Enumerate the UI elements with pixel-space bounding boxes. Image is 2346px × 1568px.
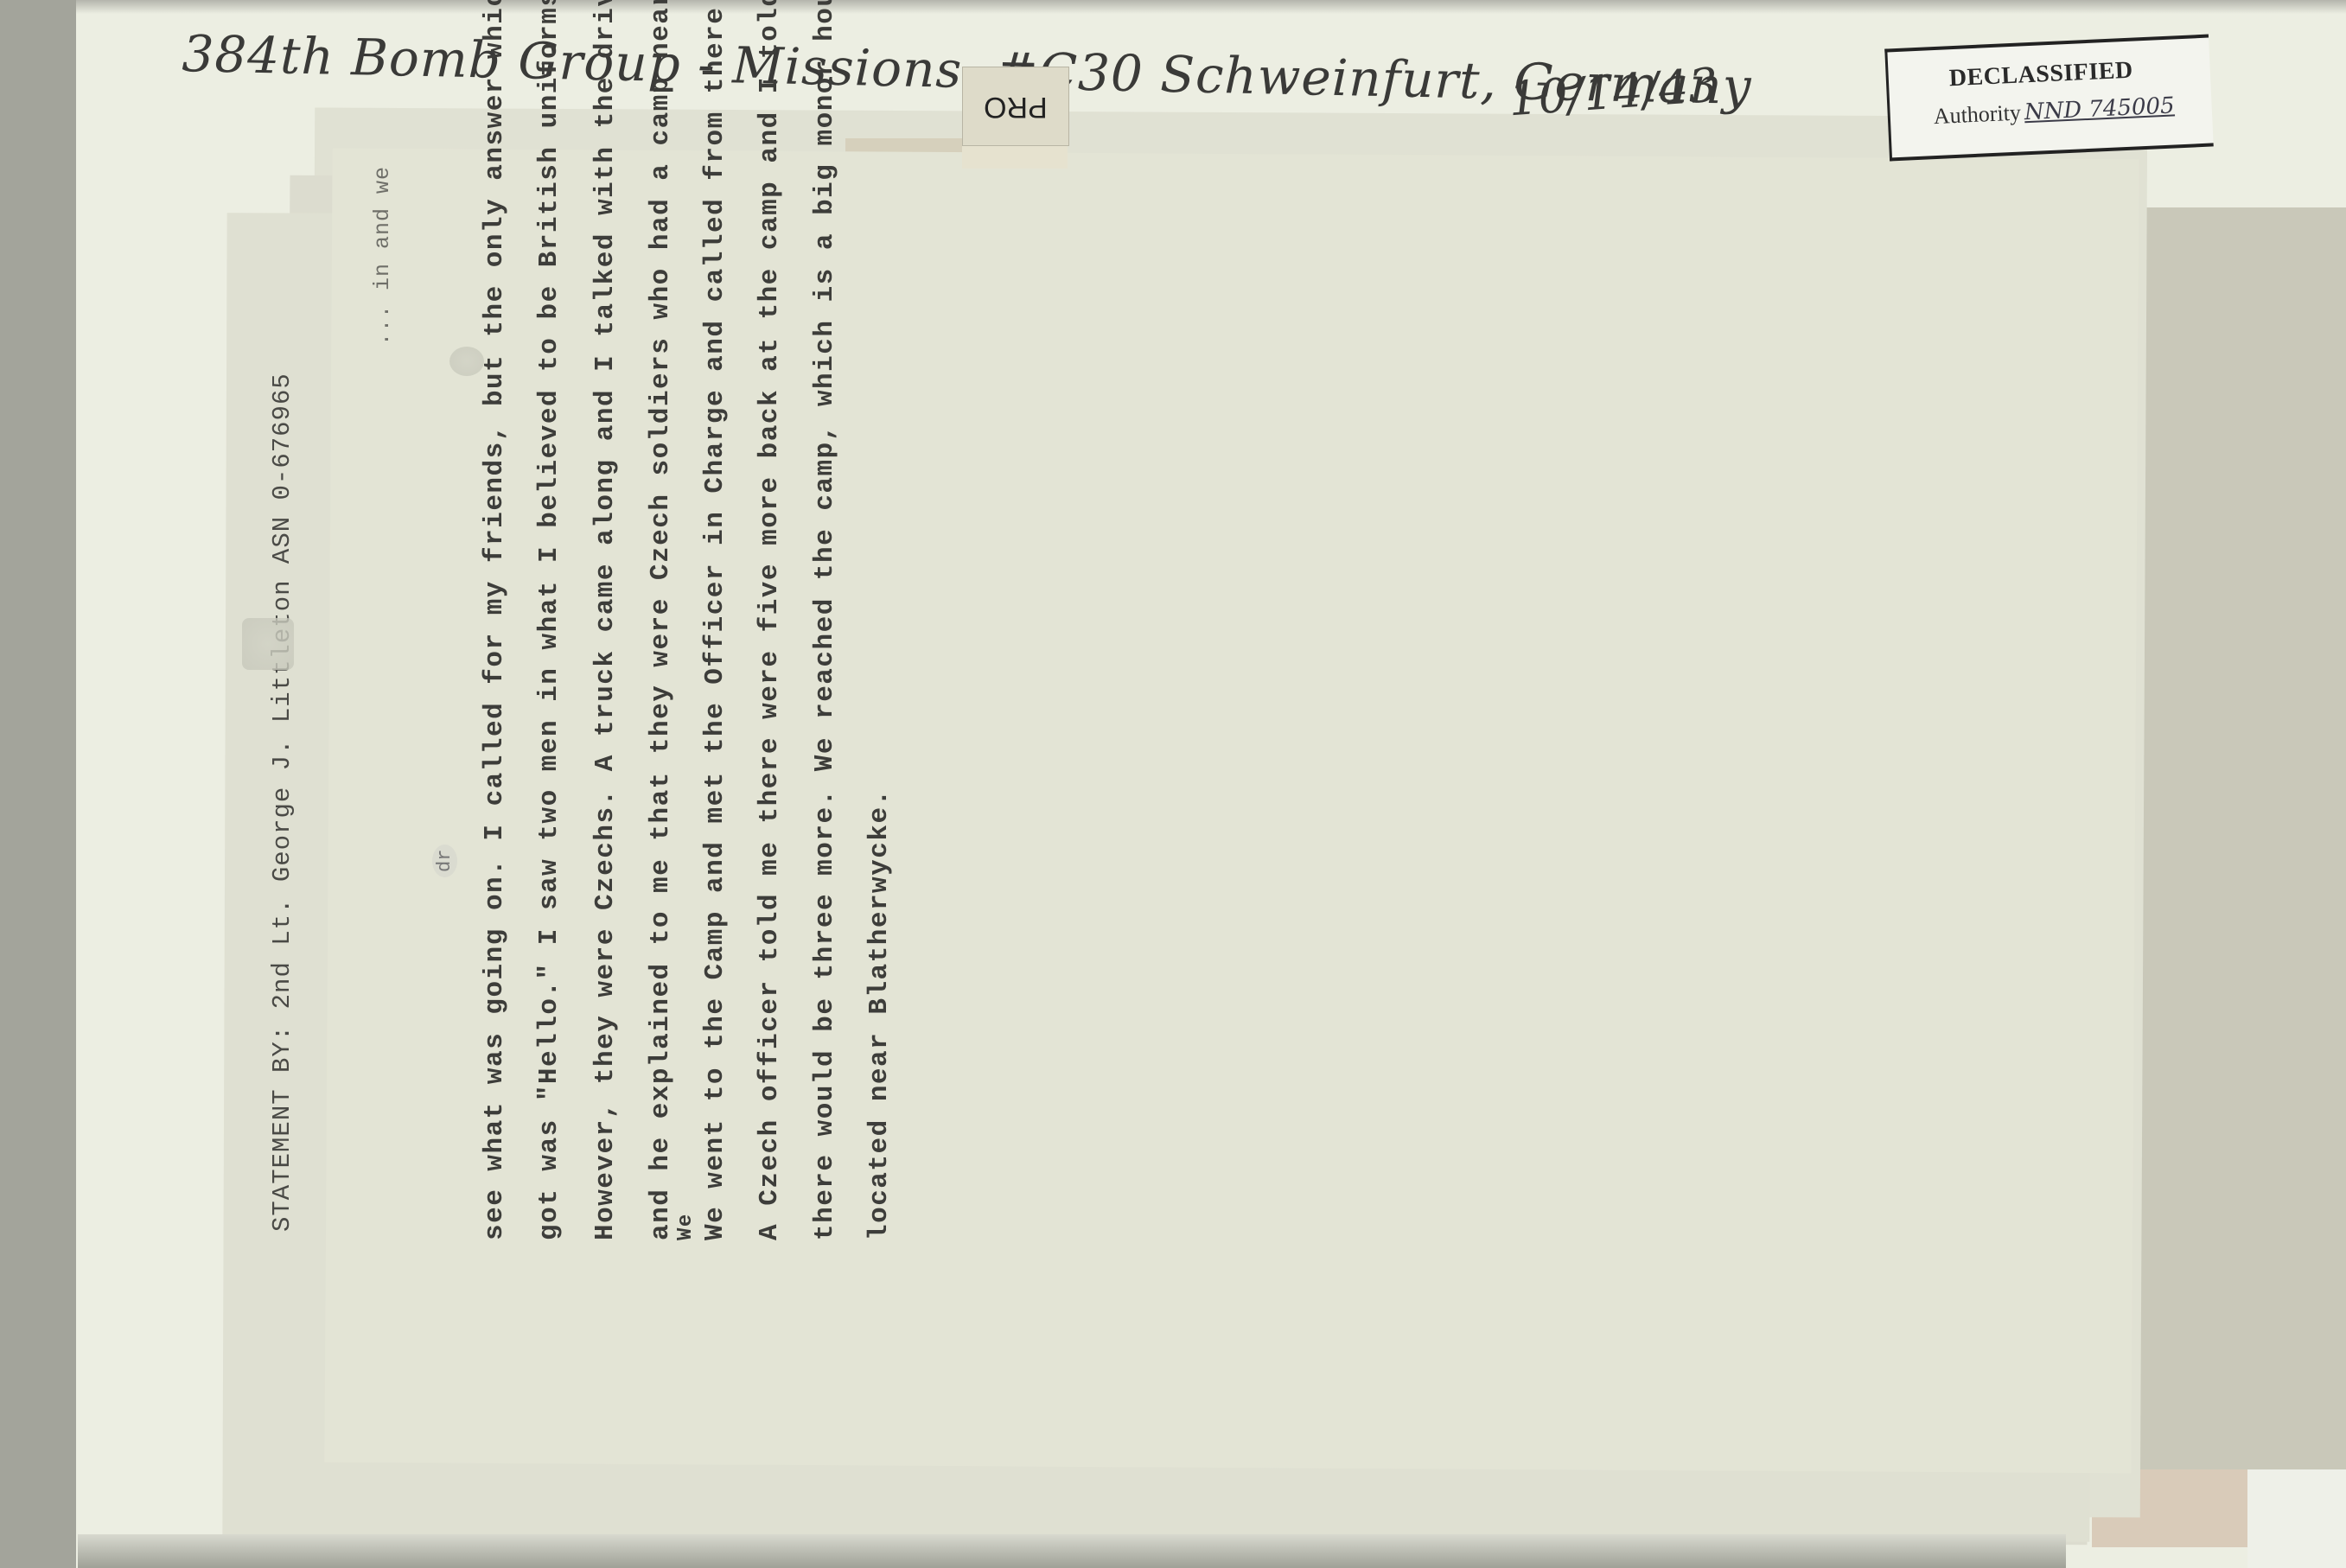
stamp-authority-value: NND 745005	[2024, 92, 2175, 125]
stamp-authority-label: Authority	[1933, 100, 2021, 130]
statement-line: We went to the Camp and met the Officer …	[700, 0, 730, 1240]
folder-corner	[2247, 1469, 2346, 1568]
bottom-paper-stack	[78, 1534, 2066, 1568]
folder-top-edge	[76, 0, 2346, 14]
typed-statement: STATEMENT BY: 2nd Lt. George J. Littleto…	[268, 13, 925, 1240]
statement-line: got was "Hello." I saw two men in what I…	[534, 0, 564, 1240]
stamp-authority: AuthorityNND 745005	[1933, 92, 2175, 130]
margin-mark: dr	[432, 845, 457, 877]
statement-line: However, they were Czechs. A truck came …	[590, 0, 621, 1240]
statement-line: located near Blatherwycke.	[864, 788, 895, 1240]
statement-line: A Czech officer told me there were five …	[755, 0, 785, 1240]
declassified-stamp: DECLASSIFIED AuthorityNND 745005	[1884, 35, 2214, 162]
pro-tab-label: PRO	[984, 90, 1048, 124]
faint-prior-page-text: ... in and we	[370, 166, 395, 346]
pro-tab[interactable]: PRO	[962, 67, 1069, 146]
statement-line: and he explained to me that they were Cz…	[646, 0, 676, 1240]
statement-line: see what was going on. I called for my f…	[480, 0, 510, 1240]
pro-tab-base	[962, 143, 1068, 169]
statement-line: there would be three more. We reached th…	[810, 0, 840, 1240]
stamp-title: DECLASSIFIED	[1948, 57, 2133, 93]
punch-hole	[449, 347, 484, 376]
statement-header: STATEMENT BY: 2nd Lt. George J. Littleto…	[268, 373, 296, 1232]
punch-hole	[242, 618, 294, 670]
interlinear-correction: We	[674, 1213, 698, 1240]
background-strip	[0, 0, 78, 1568]
